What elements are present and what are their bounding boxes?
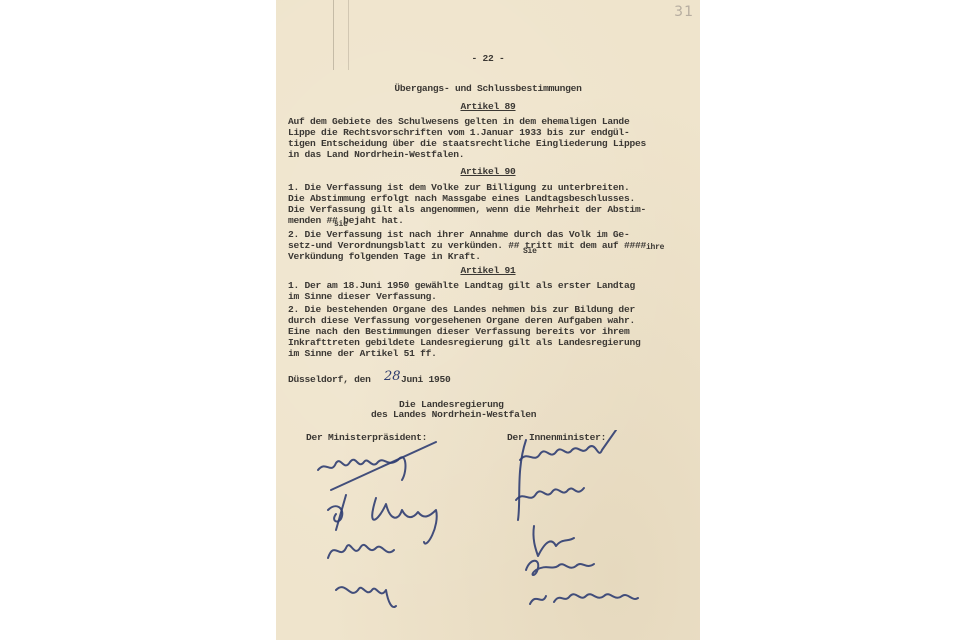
archive-number: 31 bbox=[674, 4, 694, 20]
page-number: - 22 - bbox=[276, 53, 700, 64]
text-line: tigen Entscheidung über die staatsrechtl… bbox=[288, 138, 698, 149]
article-91-paragraph-2: 2. Die bestehenden Organe des Landes neh… bbox=[288, 304, 698, 359]
text-line: Auf dem Gebiete des Schulwesens gelten i… bbox=[288, 116, 698, 127]
typed-correction: sie bbox=[334, 221, 348, 229]
place-date-prefix: Düsseldorf, den bbox=[288, 374, 371, 385]
place-date-suffix: Juni 1950 bbox=[401, 374, 451, 385]
text-line: 1. Die Verfassung ist dem Volke zur Bill… bbox=[288, 182, 698, 193]
text-line: im Sinne dieser Verfassung. bbox=[288, 291, 698, 302]
handwritten-day: 28 bbox=[384, 369, 401, 384]
text-line: Die Abstimmung erfolgt nach Massgabe ein… bbox=[288, 193, 698, 204]
text-line: in das Land Nordrhein-Westfalen. bbox=[288, 149, 698, 160]
text-line: Die Verfassung gilt als angenommen, wenn… bbox=[288, 204, 698, 215]
article-90-paragraph-2: 2. Die Verfassung ist nach ihrer Annahme… bbox=[288, 229, 698, 262]
text-line: Lippe die Rechtsvorschriften vom 1.Janua… bbox=[288, 127, 698, 138]
typed-correction: ihre bbox=[646, 244, 664, 252]
article-90-paragraph-1: 1. Die Verfassung ist dem Volke zur Bill… bbox=[288, 182, 698, 226]
article-89-heading: Artikel 89 bbox=[276, 101, 700, 112]
article-91-paragraph-1: 1. Der am 18.Juni 1950 gewählte Landtag … bbox=[288, 280, 698, 302]
text-line: menden ## bejaht hat. bbox=[288, 215, 698, 226]
typed-correction: Sie bbox=[523, 248, 537, 256]
article-89-body: Auf dem Gebiete des Schulwesens gelten i… bbox=[288, 116, 698, 160]
text-line: Inkrafttreten gebildete Landesregierung … bbox=[288, 337, 698, 348]
section-title: Übergangs- und Schlussbestimmungen bbox=[276, 83, 700, 94]
text-line: durch diese Verfassung vorgesehenen Orga… bbox=[288, 315, 698, 326]
text-line: Verkündung folgenden Tage in Kraft. bbox=[288, 251, 698, 262]
signature-menzel-icon bbox=[506, 430, 686, 630]
authority-line-2: des Landes Nordrhein-Westfalen bbox=[371, 409, 536, 420]
text-line: 2. Die Verfassung ist nach ihrer Annahme… bbox=[288, 229, 698, 240]
text-line: 1. Der am 18.Juni 1950 gewählte Landtag … bbox=[288, 280, 698, 291]
article-91-heading: Artikel 91 bbox=[276, 265, 700, 276]
text-line: Eine nach den Bestimmungen dieser Verfas… bbox=[288, 326, 698, 337]
text-line: 2. Die bestehenden Organe des Landes neh… bbox=[288, 304, 698, 315]
article-90-heading: Artikel 90 bbox=[276, 166, 700, 177]
signature-arnold-icon bbox=[306, 430, 506, 630]
document-page: 31 - 22 - Übergangs- und Schlussbestimmu… bbox=[276, 0, 700, 640]
text-line: im Sinne der Artikel 51 ff. bbox=[288, 348, 698, 359]
text-line: setz-und Verordnungsblatt zu verkünden. … bbox=[288, 240, 698, 251]
